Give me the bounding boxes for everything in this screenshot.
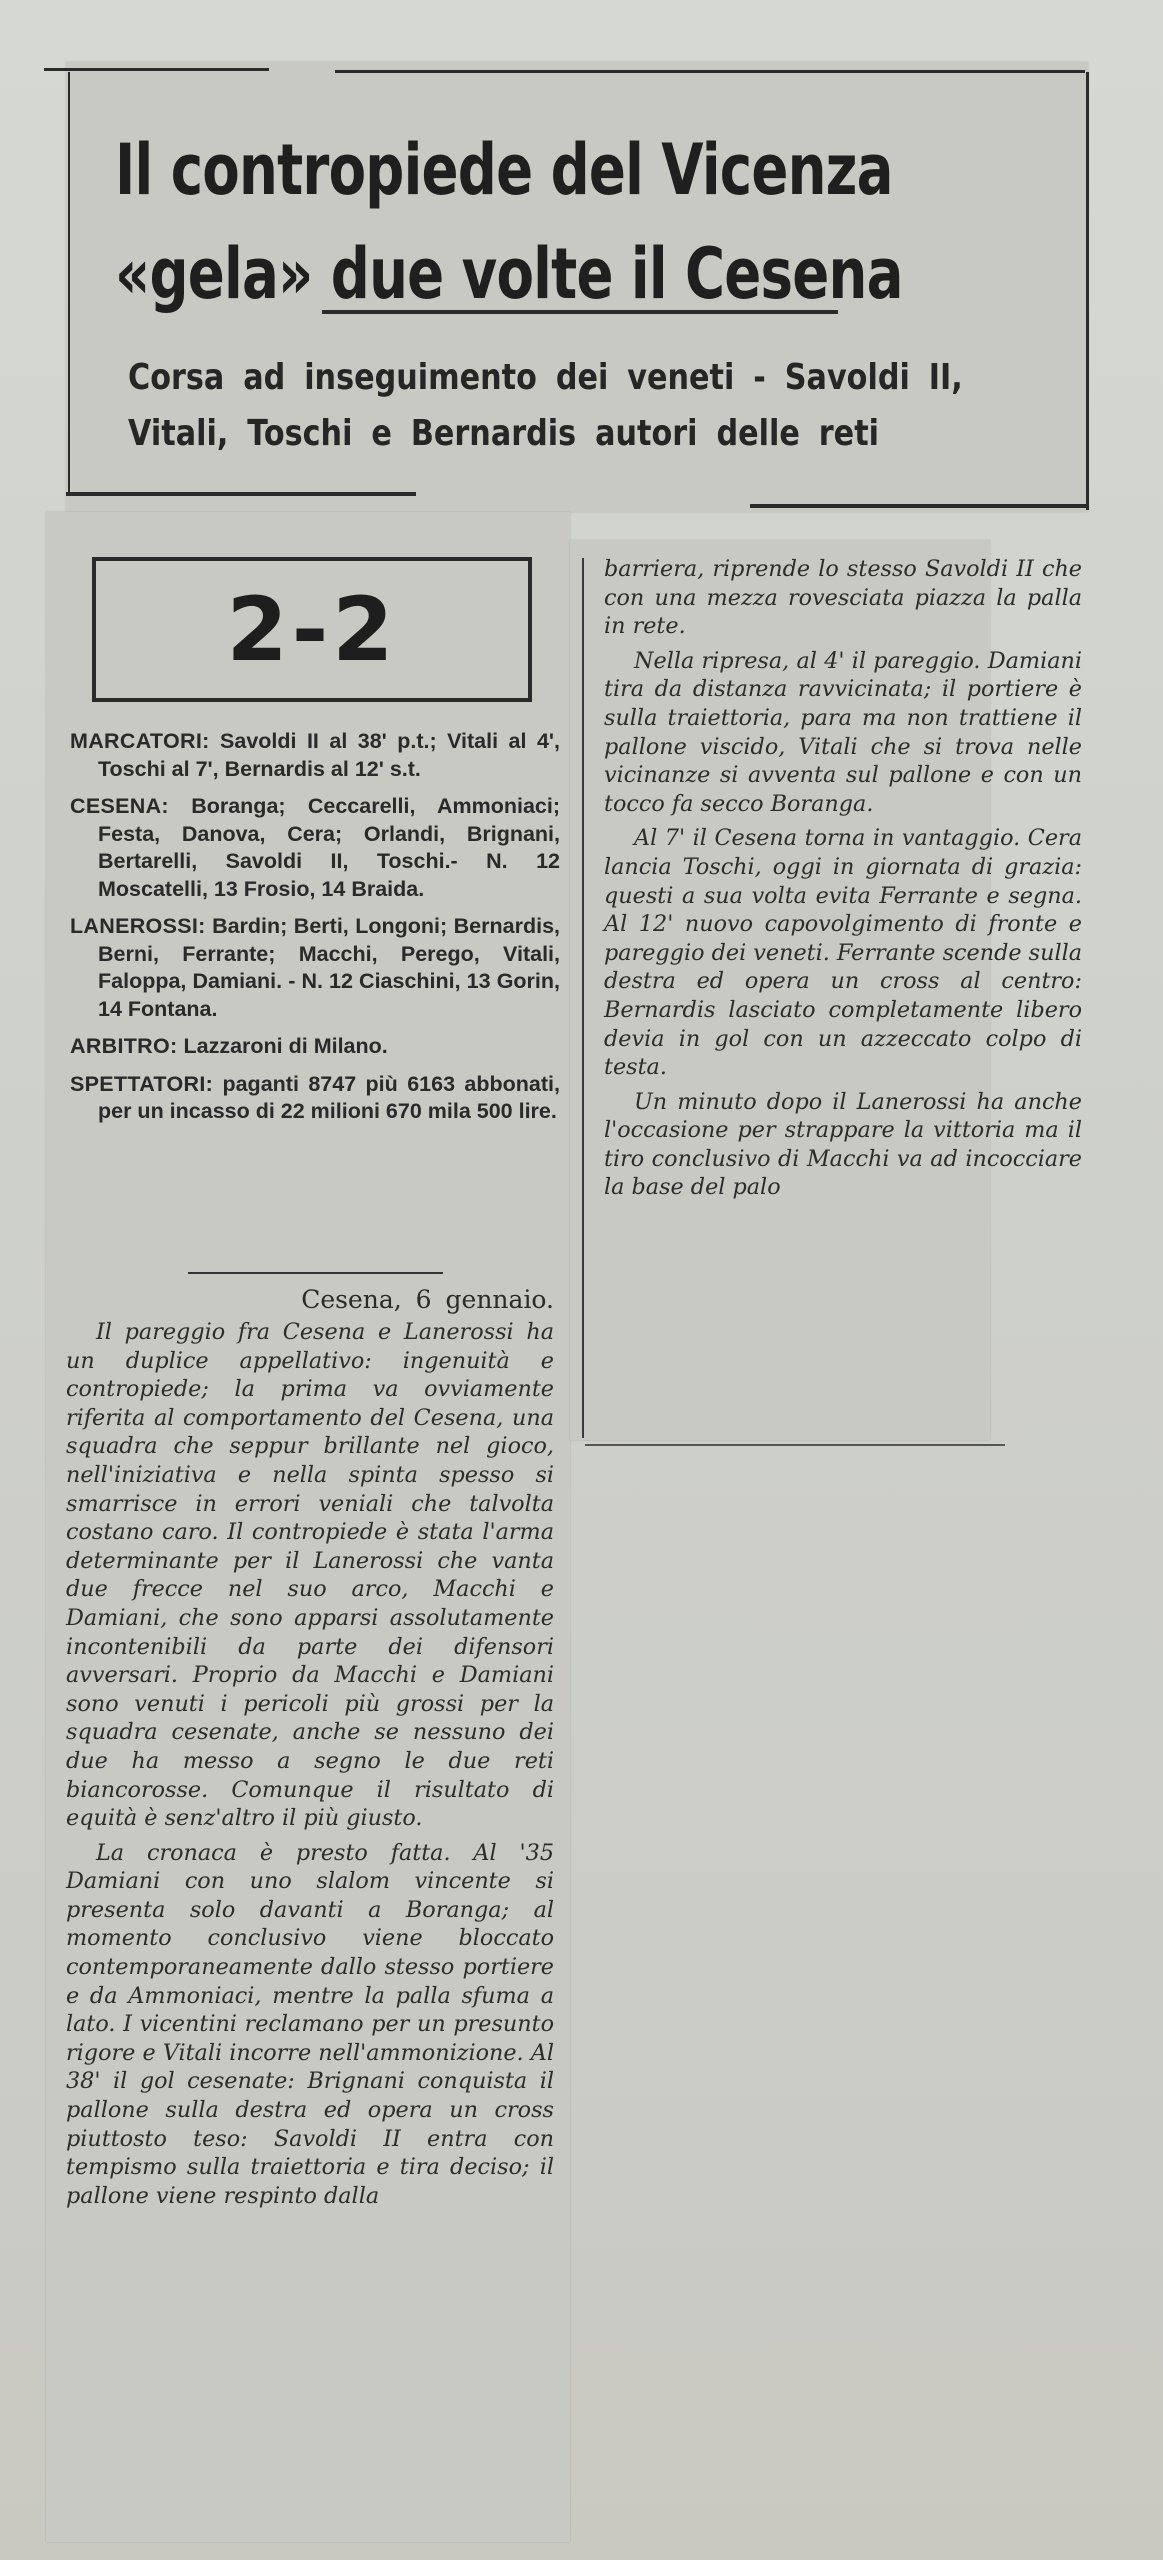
- column-divider: [582, 558, 584, 1438]
- header-right-border: [1086, 72, 1089, 510]
- dateline: Cesena, 6 gennaio.: [70, 1285, 554, 1314]
- fact-cesena-lineup: CESENA: Boranga; Ceccarelli, Ammoniaci; …: [70, 793, 560, 903]
- subheadline: Corsa ad inseguimento dei veneti - Savol…: [128, 350, 1018, 462]
- header-top-rule-left: [44, 68, 269, 71]
- fact-label: MARCATORI:: [70, 729, 210, 753]
- headline-line-1: Il contropiede del Vicenza: [115, 118, 872, 222]
- article-body-left: Il pareggio fra Cesena e Lanerossi ha un…: [66, 1318, 554, 2216]
- fact-scorers: MARCATORI: Savoldi II al 38' p.t.; Vital…: [70, 728, 560, 783]
- match-facts: MARCATORI: Savoldi II al 38' p.t.; Vital…: [70, 728, 560, 1136]
- fact-label: SPETTATORI:: [70, 1072, 213, 1096]
- fact-label: LANEROSSI:: [70, 914, 206, 938]
- subheadline-line-2: Vitali, Toschi e Bernardis autori delle …: [128, 406, 1018, 462]
- subheadline-line-1: Corsa ad inseguimento dei veneti - Savol…: [128, 350, 1018, 406]
- fact-spectators: SPETTATORI: paganti 8747 più 6163 abbona…: [70, 1071, 560, 1126]
- article-paragraph: barriera, riprende lo stesso Savoldi II …: [604, 555, 1082, 641]
- fact-label: ARBITRO:: [70, 1034, 178, 1058]
- article-paragraph: La cronaca è presto fatta. Al '35 Damian…: [66, 1839, 554, 2211]
- headline: Il contropiede del Vicenza «gela» due vo…: [115, 118, 872, 326]
- article-paragraph: Il pareggio fra Cesena e Lanerossi ha un…: [66, 1318, 554, 1833]
- header-top-rule-right: [335, 70, 1085, 73]
- article-paragraph: Un minuto dopo il Lanerossi ha anche l'o…: [604, 1088, 1082, 1202]
- article-paragraph: Nella ripresa, al 4' il pareggio. Damian…: [604, 647, 1082, 819]
- fact-lanerossi-lineup: LANEROSSI: Bardin; Berti, Longoni; Berna…: [70, 913, 560, 1023]
- fact-text: Lazzaroni di Milano.: [183, 1034, 387, 1058]
- header-bottom-rule-right: [750, 504, 1088, 508]
- headline-line-2: «gela» due volte il Cesena: [115, 222, 872, 326]
- right-column-bottom-rule: [585, 1444, 1005, 1446]
- score-box: 2-2: [92, 557, 532, 702]
- article-paragraph: Al 7' il Cesena torna in vantaggio. Cera…: [604, 824, 1082, 1081]
- final-score: 2-2: [227, 578, 398, 681]
- article-body-right: barriera, riprende lo stesso Savoldi II …: [604, 555, 1082, 1208]
- header-bottom-rule-left: [66, 492, 416, 496]
- header-left-border: [68, 72, 70, 492]
- section-separator: [188, 1272, 443, 1274]
- fact-referee: ARBITRO: Lazzaroni di Milano.: [70, 1033, 560, 1061]
- fact-label: CESENA:: [70, 794, 169, 818]
